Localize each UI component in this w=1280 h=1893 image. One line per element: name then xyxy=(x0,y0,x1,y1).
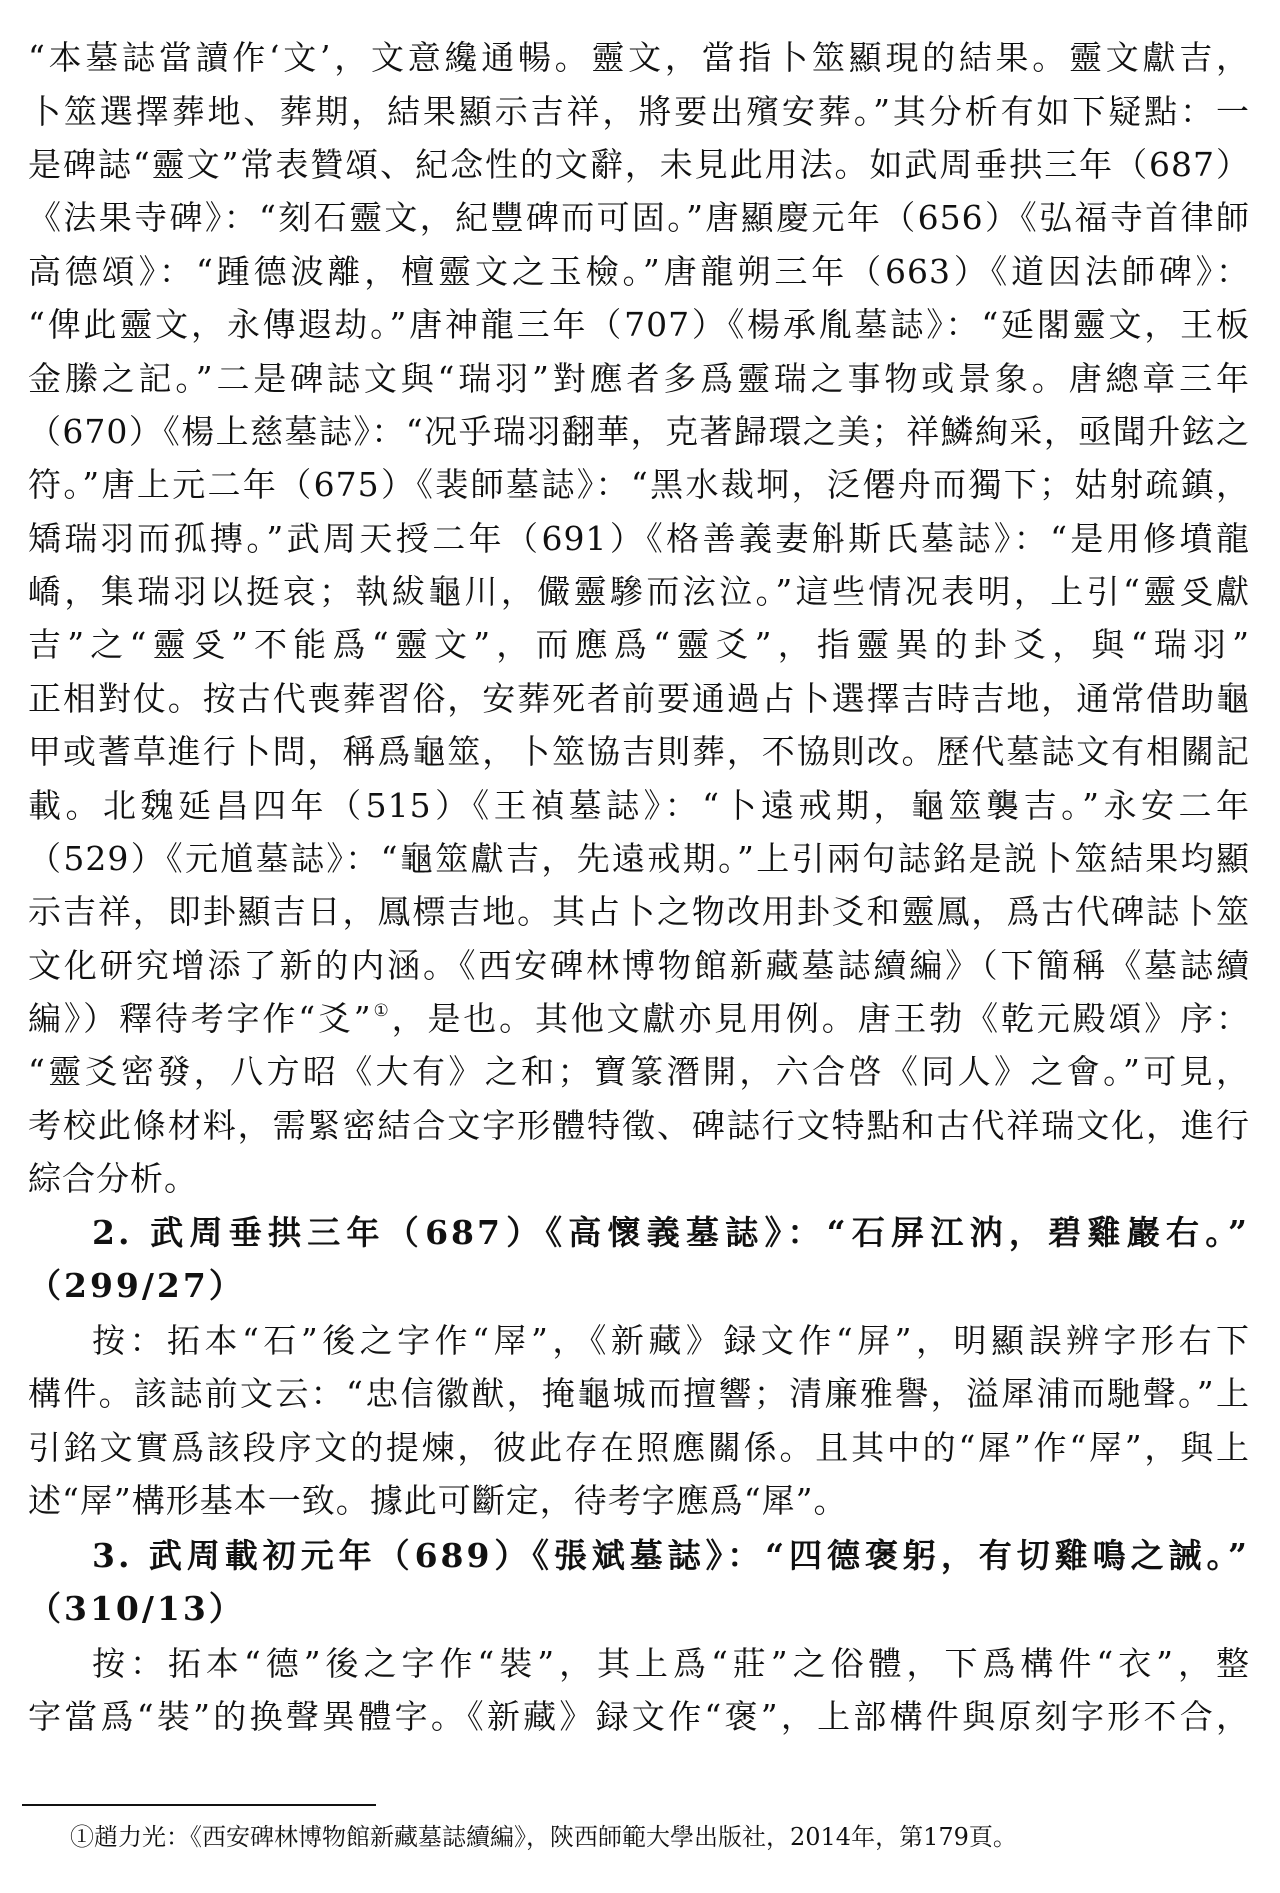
text-line: 載。北魏延昌四年（515）《王禎墓誌》：“卜遠戒期，龜筮襲吉。”永安二年 xyxy=(28,779,1250,832)
text-line: “本墓誌當讀作‘文’，文意纔通暢。靈文，當指卜筮顯現的結果。靈文獻吉， xyxy=(28,31,1250,84)
text-line: 綜合分析。 xyxy=(28,1152,1250,1205)
text-line: “俾此靈文，永傳遐劫。”唐神龍三年（707）《楊承胤墓誌》：“延閣靈文，王板 xyxy=(28,298,1250,351)
text-line: 文化研究增添了新的内涵。《西安碑林博物館新藏墓誌續編》（下簡稱《墓誌續 xyxy=(28,939,1250,992)
text-line: 金縢之記。”二是碑誌文與“瑞羽”對應者多爲靈瑞之事物或景象。唐總章三年 xyxy=(28,352,1250,405)
footnote-marker[interactable]: ① xyxy=(372,1001,392,1021)
section-reference: （299/27） xyxy=(28,1259,1250,1312)
text-line: 嶠，集瑞羽以挺哀；執紱龜川，儼靈驂而泫泣。”這些情况表明，上引“靈𠬪獻 xyxy=(28,565,1250,618)
text-line: 編》）釋待考字作“爻”①，是也。其他文獻亦見用例。唐王勃《乾元殿頌》序： xyxy=(28,992,1250,1045)
text-line: “靈爻密發，八方昭《大有》之和；寶篆潛開，六合啓《同人》之會。”可見， xyxy=(28,1045,1250,1098)
text-line: 按：拓本“德”後之字作“裝”，其上爲“莊”之俗體，下爲構件“衣”，整 xyxy=(92,1637,1250,1690)
footnote-divider xyxy=(22,1804,376,1806)
text-line: 述“屖”構形基本一致。據此可斷定，待考字應爲“犀”。 xyxy=(28,1474,1250,1527)
document-page: “本墓誌當讀作‘文’，文意纔通暢。靈文，當指卜筮顯現的結果。靈文獻吉， 卜筮選擇… xyxy=(0,0,1280,1893)
text-line: 吉”之“靈𠬪”不能爲“靈文”，而應爲“靈爻”，指靈異的卦爻，與“瑞羽” xyxy=(28,618,1250,671)
text-line: 矯瑞羽而孤摶。”武周天授二年（691）《格善義妻斛斯氏墓誌》：“是用修墳龍 xyxy=(28,512,1250,565)
text-line: 是碑誌“靈文”常表贊頌、紀念性的文辭，未見此用法。如武周垂拱三年（687） xyxy=(28,138,1250,191)
footnote: ①趙力光：《西安碑林博物館新藏墓誌續編》，陝西師範大學出版社，2014年，第17… xyxy=(70,1820,1017,1854)
text-line: 示吉祥，即卦顯吉日，鳳標吉地。其占卜之物改用卦爻和靈鳳，爲古代碑誌卜筮 xyxy=(28,885,1250,938)
section-reference: （310/13） xyxy=(28,1582,1250,1635)
text-segment: 編》）釋待考字作“爻” xyxy=(28,999,372,1038)
text-line: 正相對仗。按古代喪葬習俗，安葬死者前要通過占卜選擇吉時吉地，通常借助龜 xyxy=(28,672,1250,725)
section-heading: 3. 武周載初元年（689）《張斌墓誌》：“四德褒躬，有切雞鳴之誡。” xyxy=(92,1529,1250,1582)
text-line: 考校此條材料，需緊密結合文字形體特徵、碑誌行文特點和古代祥瑞文化，進行 xyxy=(28,1099,1250,1152)
section-heading: 2. 武周垂拱三年（687）《高懷義墓誌》：“石屏江汭，碧雞巖右。” xyxy=(92,1206,1250,1259)
text-line: 符。”唐上元二年（675）《裴師墓誌》：“黑水裁坰，泛僊舟而獨下；姑射疏鎮， xyxy=(28,458,1250,511)
text-line: 卜筮選擇葬地、葬期，結果顯示吉祥，將要出殯安葬。”其分析有如下疑點：一 xyxy=(28,85,1250,138)
text-line: 構件。該誌前文云：“忠信徽猷，掩龜城而擅響；清廉雅譽，溢犀浦而馳聲。”上 xyxy=(28,1367,1250,1420)
text-line: 《法果寺碑》：“刻石靈文，紀豐碑而可固。”唐顯慶元年（656）《弘福寺首律師 xyxy=(28,191,1250,244)
text-line: 引銘文實爲該段序文的提煉，彼此存在照應關係。且其中的“犀”作“屖”，與上 xyxy=(28,1421,1250,1474)
text-line: （529）《元馗墓誌》：“龜筮獻吉，先遠戒期。”上引兩句誌銘是説卜筮結果均顯 xyxy=(28,832,1250,885)
text-line: 字當爲“裝”的换聲異體字。《新藏》録文作“褒”，上部構件與原刻字形不合， xyxy=(28,1690,1250,1743)
text-line: 高德頌》：“踵德波離，檀靈文之玉檢。”唐龍朔三年（663）《道因法師碑》： xyxy=(28,245,1250,298)
text-line: （670）《楊上慈墓誌》：“况乎瑞羽翻華，克著歸環之美；祥鱗絢采，亟聞升鉉之 xyxy=(28,405,1250,458)
text-line: 甲或蓍草進行卜問，稱爲龜筮，卜筮協吉則葬，不協則改。歷代墓誌文有相關記 xyxy=(28,725,1250,778)
text-line: 按：拓本“石”後之字作“屖”，《新藏》録文作“屏”，明顯誤辨字形右下 xyxy=(92,1314,1250,1367)
text-segment: ，是也。其他文獻亦見用例。唐王勃《乾元殿頌》序： xyxy=(392,999,1250,1038)
